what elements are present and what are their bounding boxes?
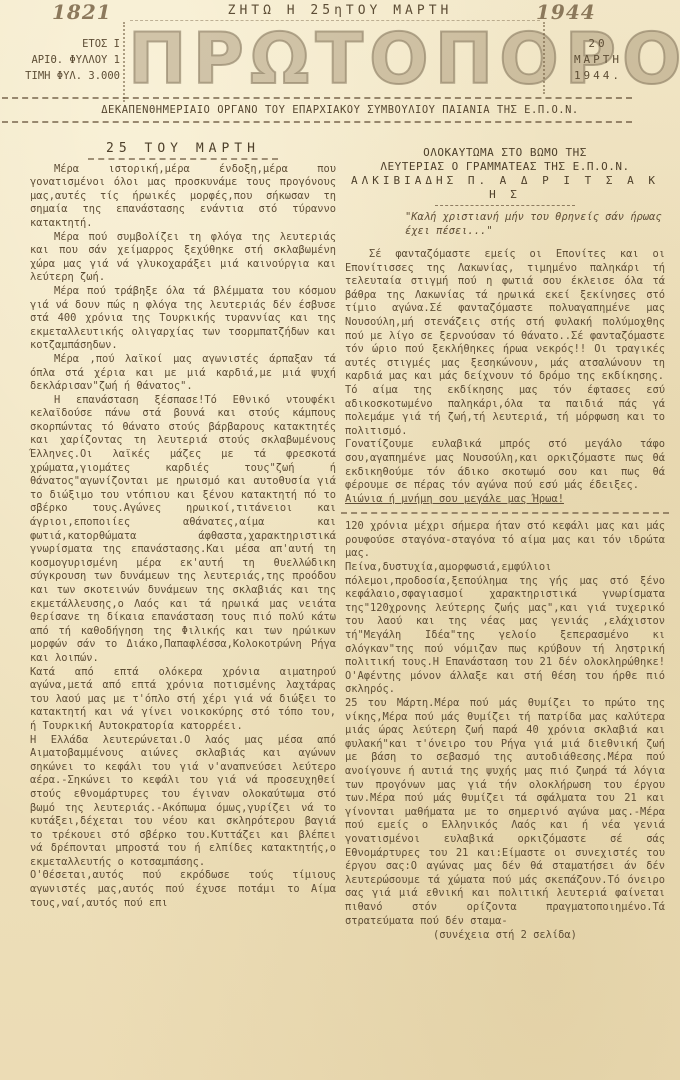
- article-paragraph: Ο'Θέσεται,αυτός πού εκρόδωσε τούς τίμιου…: [30, 869, 336, 910]
- article-paragraph: Αιώνια ή μνήμη σου μεγάλε μας Ήρωα!: [345, 493, 665, 507]
- masthead-title: ΠΡΩΤΟΠΟΡΟΣ: [128, 22, 538, 96]
- issue-date: 20 ΜΑΡΤΗ 1944.: [558, 36, 638, 84]
- issue-number: ΑΡΙΘ. ΦΥΛΛΟΥ 1: [2, 52, 120, 68]
- date-month: ΜΑΡΤΗ: [558, 52, 638, 68]
- left-column-article: 25 ΤΟΥ ΜΑΡΤΗ Μέρα ιστορική,μέρα ένδοξη,μ…: [30, 142, 336, 910]
- article-title: 25 ΤΟΥ ΜΑΡΤΗ: [30, 142, 336, 156]
- masthead-divider-right: [543, 22, 545, 94]
- date-day: 20: [558, 36, 638, 52]
- obituary-headline: ΟΛΟΚΑΥΤΩΜΑ ΣΤΟ ΒΩΜΟ ΤΗΣ ΛΕΥΤΕΡΙΑΣ Ο ΓΡΑΜ…: [345, 146, 665, 202]
- article-paragraph: Τό αίμα της εκδίκησης μας τόν έφτασες εσ…: [345, 384, 665, 438]
- masthead-subtitle: ΔΕΚΑΠΕΝΘΗΜΕΡΙΑΙΟ ΟΡΓΑΝΟ ΤΟΥ ΕΠΑΡΧΙΑΚΟΥ Σ…: [40, 104, 640, 116]
- epigraph-quote: "Καλή χριστιανή μήν του θρηνείς σάν ήρωα…: [405, 210, 665, 238]
- masthead-divider-left: [123, 22, 125, 102]
- article-paragraph: Κατά από επτά ολόκερα χρόνια αιματηρού α…: [30, 666, 336, 734]
- article-paragraph: Μέρα πού συμβολίζει τη φλόγα της λευτερι…: [30, 231, 336, 285]
- ornament-rule: [435, 205, 575, 206]
- article-paragraph: Η Ελλάδα λευτερώνεται.Ο λαός μας μέσα απ…: [30, 734, 336, 870]
- article-paragraph: Πείνα,δυστυχία,αμορφωσιά,εμφύλιοι πόλεμο…: [345, 561, 665, 697]
- issue-info: ΕΤΟΣ Ι ΑΡΙΘ. ΦΥΛΛΟΥ 1 ΤΙΜΗ ΦΥΛ. 3.000: [2, 36, 120, 84]
- section-separator: [341, 512, 669, 514]
- issue-year: ΕΤΟΣ Ι: [2, 36, 120, 52]
- article-paragraph: Μέρα πού τράβηξε όλα τά βλέμματα του κόσ…: [30, 285, 336, 353]
- headline-line: ΑΛΚΙΒΙΑΔΗΣ Π. Α Δ Ρ Ι Τ Σ Α Κ Η Σ: [345, 174, 665, 202]
- headline-line: ΟΛΟΚΑΥΤΩΜΑ ΣΤΟ ΒΩΜΟ ΤΗΣ: [345, 146, 665, 160]
- article-paragraph: Σέ φανταζόμαστε εμείς οι Επονίτες και οι…: [345, 248, 665, 384]
- article-paragraph: 25 του Μάρτη.Μέρα πού μάς θυμίζει το πρώ…: [345, 697, 665, 928]
- continuation-note: (συνέχεια στή 2 σελίδα): [345, 929, 665, 943]
- date-year: 1944.: [558, 68, 638, 84]
- header-rule-bottom: [2, 121, 632, 123]
- header-rule-top: [2, 97, 632, 99]
- header-slogan: ΖΗΤΩ Η 25ηΤΟΥ ΜΑΡΤΗ: [0, 3, 680, 18]
- article-paragraph: 120 χρόνια μέχρι σήμερα ήταν στό κεφάλι …: [345, 520, 665, 561]
- article-paragraph: Μέρα ιστορική,μέρα ένδοξη,μέρα που γονατ…: [30, 163, 336, 231]
- article-paragraph: Γονατίζουμε ευλαβικά μπρός στό μεγάλο τά…: [345, 438, 665, 492]
- headline-line: ΛΕΥΤΕΡΙΑΣ Ο ΓΡΑΜΜΑΤΕΑΣ ΤΗΣ Ε.Π.Ο.Ν.: [345, 160, 665, 174]
- article-paragraph: Η επανάσταση ξέσπασε!Τό Εθνικό ντουφέκι …: [30, 394, 336, 666]
- article-paragraph: Μέρα ,πού λαϊκοί μας αγωνιστές άρπαξαν τ…: [30, 353, 336, 394]
- issue-price: ΤΙΜΗ ΦΥΛ. 3.000: [2, 68, 120, 84]
- right-column-article: ΟΛΟΚΑΥΤΩΜΑ ΣΤΟ ΒΩΜΟ ΤΗΣ ΛΕΥΤΕΡΙΑΣ Ο ΓΡΑΜ…: [345, 146, 665, 943]
- title-rule: [88, 158, 278, 160]
